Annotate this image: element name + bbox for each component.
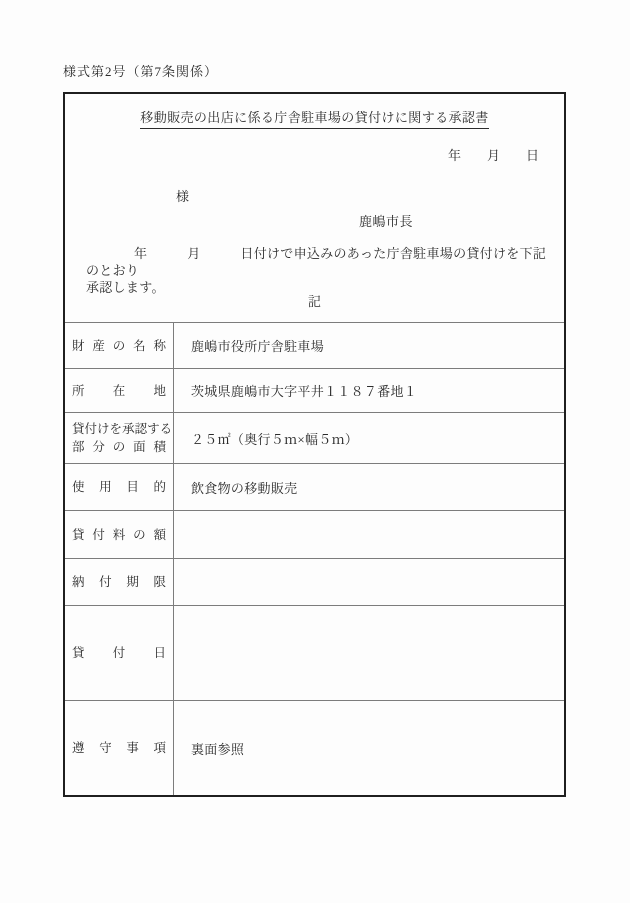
body-line-1: 年 月 日付けで申込みのあった庁舎駐車場の貸付けを下記のとおり [86, 245, 550, 279]
row-label: 貸付けを承認する部分の面積 [65, 413, 174, 463]
body-paragraph: 年 月 日付けで申込みのあった庁舎駐車場の貸付けを下記のとおり 承認します。 [86, 245, 550, 296]
form-number-label: 様式第2号（第7条関係） [63, 61, 218, 80]
table-row: 貸付日 [65, 605, 564, 700]
record-heading: 記 [65, 291, 564, 310]
row-label-line: 使用目的 [72, 478, 166, 496]
row-value [174, 606, 564, 700]
row-label: 貸付日 [65, 606, 174, 700]
row-label: 納付期限 [65, 559, 174, 605]
row-label: 財産の名称 [65, 323, 174, 368]
row-label-line: 所在地 [72, 382, 166, 400]
sender-name: 鹿嶋市長 [359, 211, 413, 230]
row-value: 裏面参照 [174, 701, 564, 795]
approval-document-frame: 移動販売の出店に係る庁舎駐車場の貸付けに関する承認書 年 月 日 様 鹿嶋市長 … [63, 92, 566, 797]
issue-date-line: 年 月 日 [448, 145, 539, 164]
table-row: 使用目的飲食物の移動販売 [65, 463, 564, 510]
row-value [174, 559, 564, 605]
document-title: 移動販売の出店に係る庁舎駐車場の貸付けに関する承認書 [65, 107, 564, 129]
document-page: 様式第2号（第7条関係） 移動販売の出店に係る庁舎駐車場の貸付けに関する承認書 … [0, 0, 630, 903]
row-label-line: 貸付料の額 [72, 526, 166, 544]
row-value: ２５㎡（奥行５ｍ×幅５ｍ） [174, 413, 564, 463]
row-label-line: 部分の面積 [72, 438, 166, 456]
row-label: 所在地 [65, 369, 174, 412]
table-row: 遵守事項裏面参照 [65, 700, 564, 795]
row-value: 茨城県鹿嶋市大字平井１１８７番地１ [174, 369, 564, 412]
row-value: 飲食物の移動販売 [174, 464, 564, 510]
row-label-line: 納付期限 [72, 573, 166, 591]
row-label: 遵守事項 [65, 701, 174, 795]
table-row: 財産の名称鹿嶋市役所庁舎駐車場 [65, 322, 564, 368]
row-label-line: 貸付日 [72, 644, 166, 662]
document-title-text: 移動販売の出店に係る庁舎駐車場の貸付けに関する承認書 [140, 107, 488, 129]
row-label: 使用目的 [65, 464, 174, 510]
approval-table: 財産の名称鹿嶋市役所庁舎駐車場所在地茨城県鹿嶋市大字平井１１８７番地１貸付けを承… [65, 322, 564, 795]
table-row: 貸付けを承認する部分の面積２５㎡（奥行５ｍ×幅５ｍ） [65, 412, 564, 463]
row-label: 貸付料の額 [65, 511, 174, 558]
row-value: 鹿嶋市役所庁舎駐車場 [174, 323, 564, 368]
table-row: 納付期限 [65, 558, 564, 605]
row-label-line: 遵守事項 [72, 739, 166, 757]
table-row: 貸付料の額 [65, 510, 564, 558]
row-label-line: 財産の名称 [72, 337, 166, 355]
addressee-suffix: 様 [176, 186, 189, 205]
table-row: 所在地茨城県鹿嶋市大字平井１１８７番地１ [65, 368, 564, 412]
row-value [174, 511, 564, 558]
row-label-line: 貸付けを承認する [72, 420, 166, 438]
